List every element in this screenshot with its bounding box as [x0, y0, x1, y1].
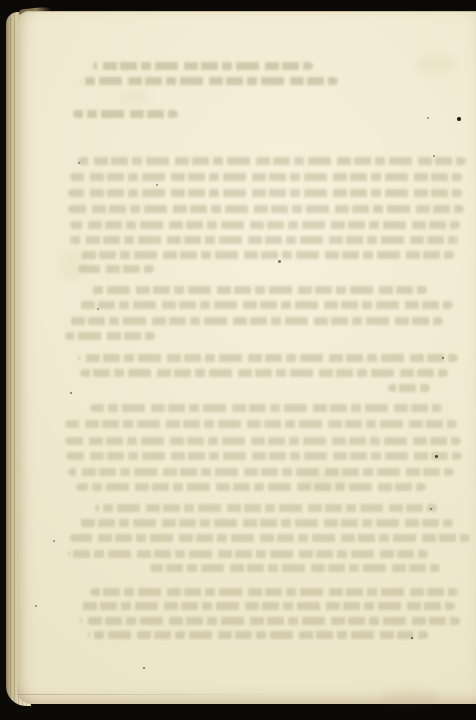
blank-book-page	[17, 11, 476, 704]
book-scan	[0, 0, 476, 720]
